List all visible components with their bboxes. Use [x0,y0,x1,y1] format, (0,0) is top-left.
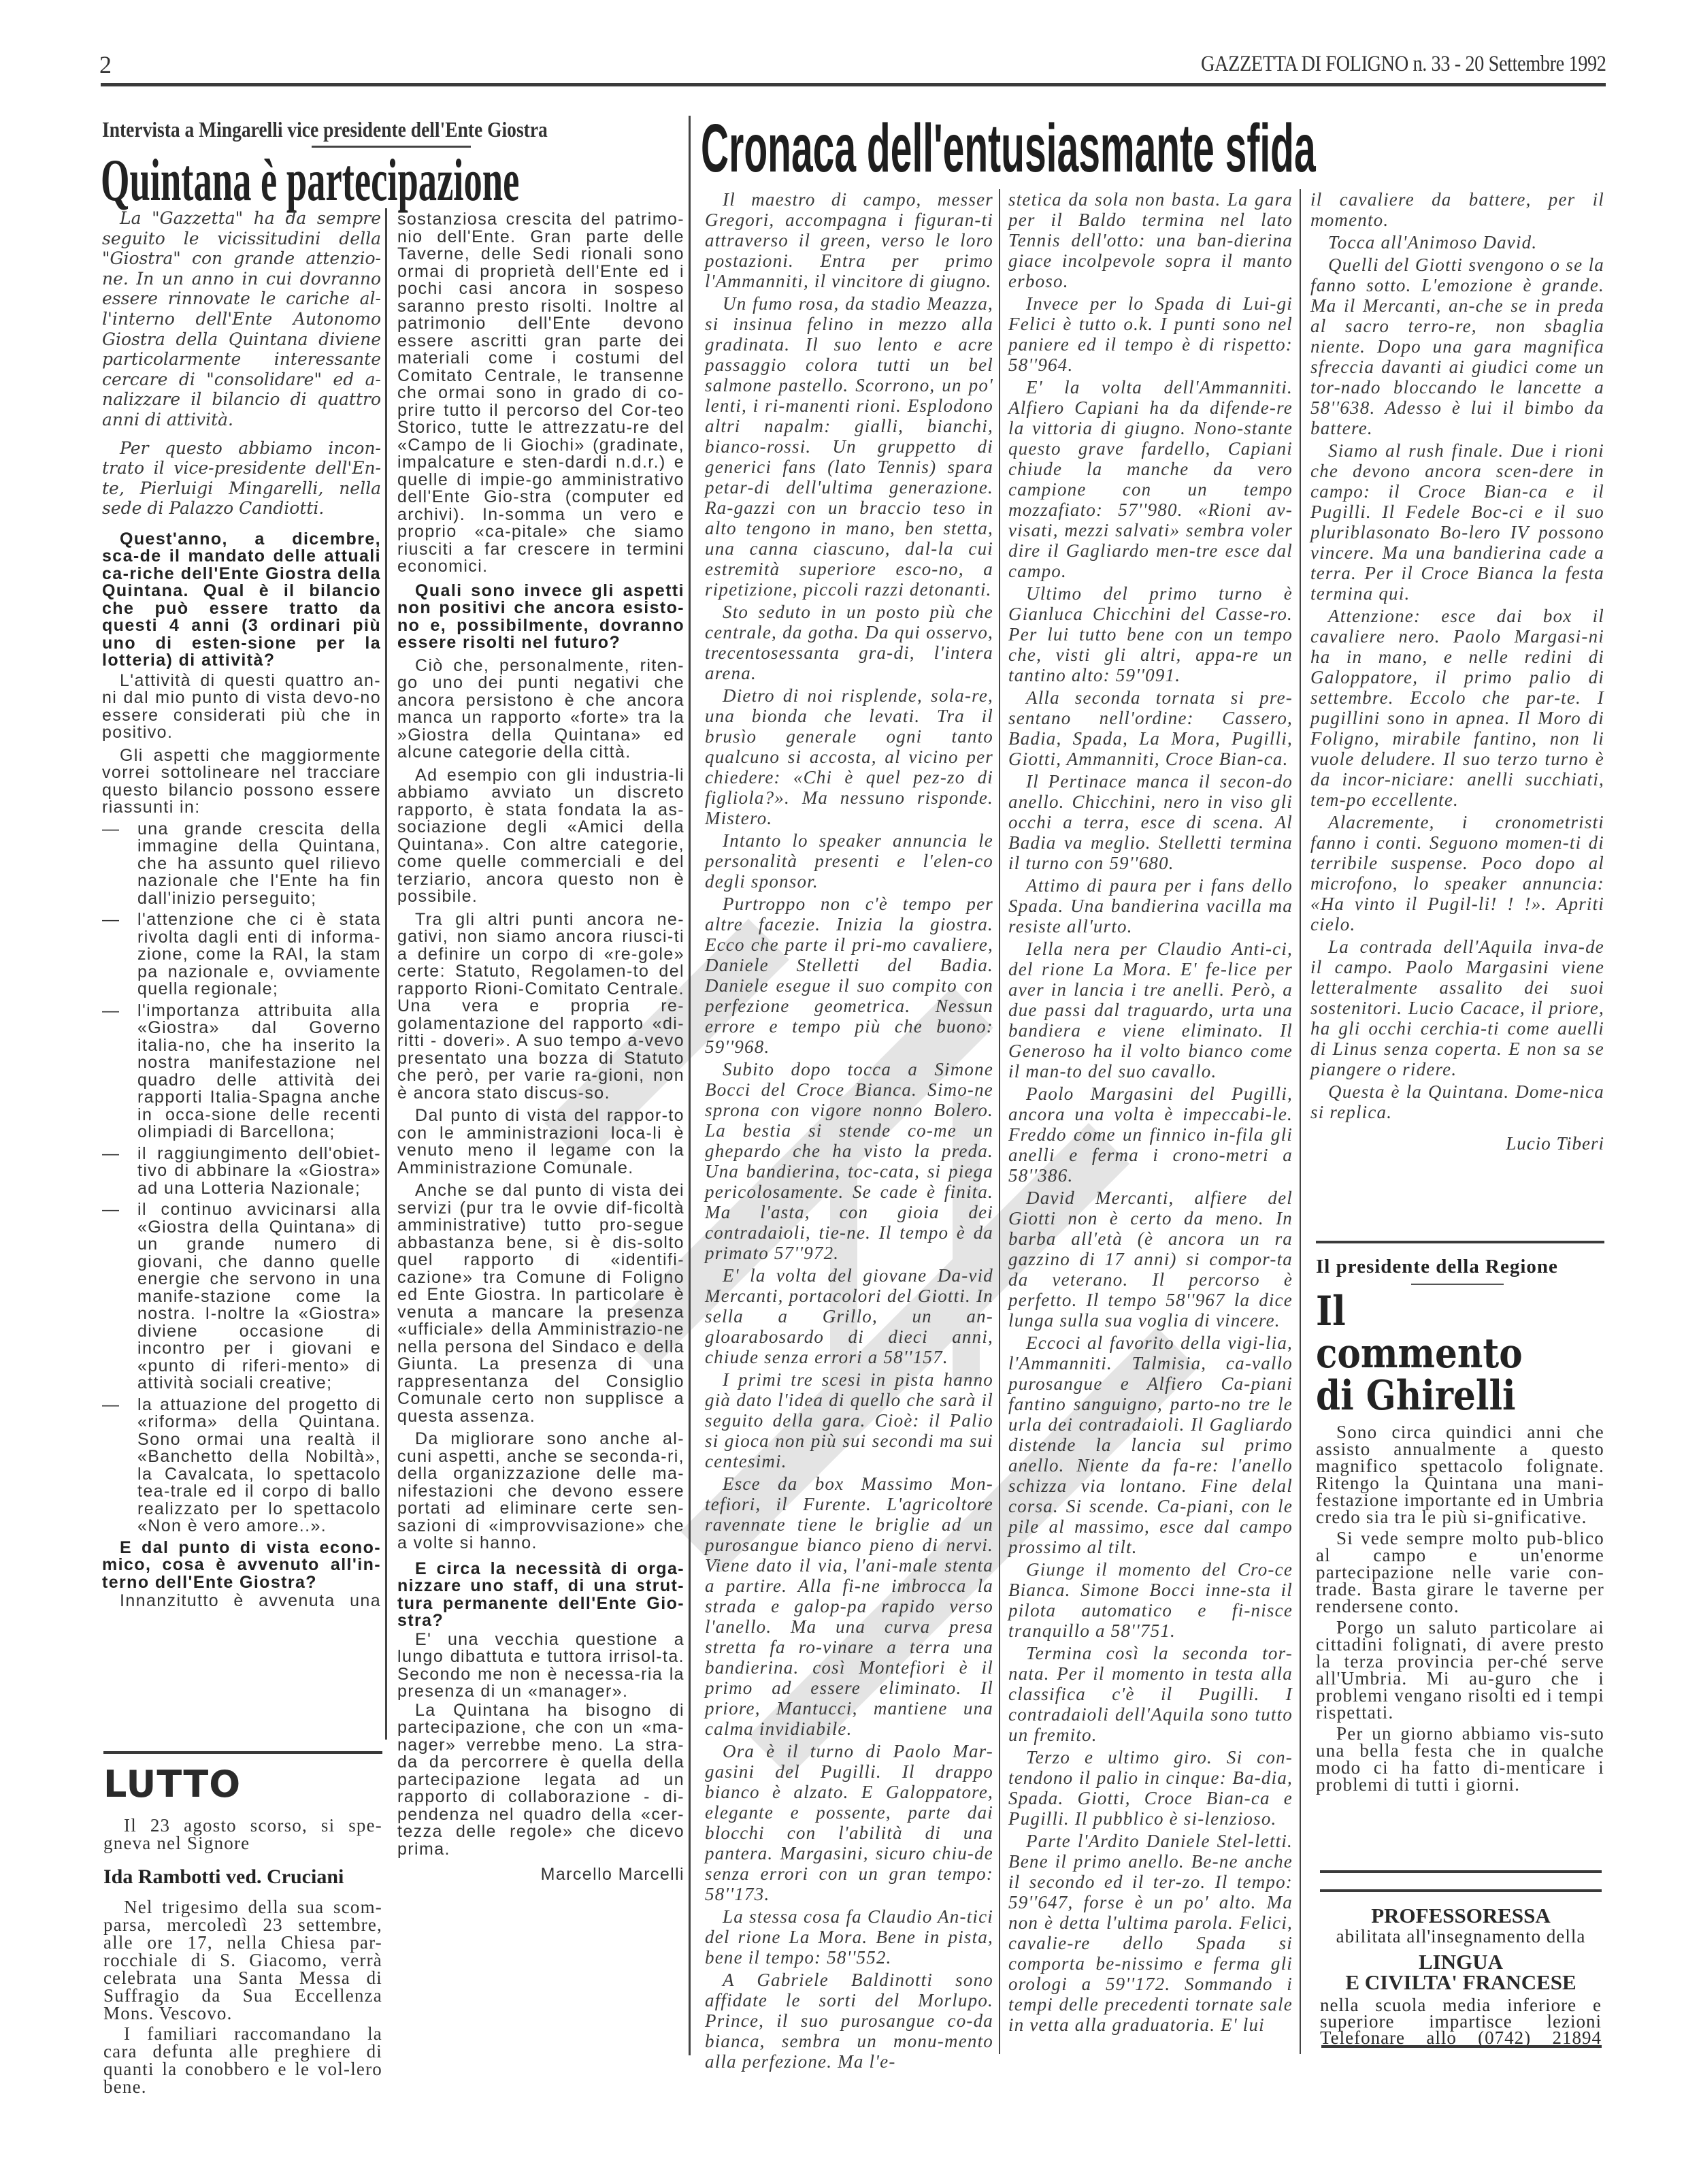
dash-bullet: — [102,1397,137,1535]
interview-kicker: Intervista a Mingarelli vice presidente … [102,117,606,142]
cronaca-paragraph: Sto seduto in un posto più che centrale,… [705,602,993,683]
cronaca-paragraph: Termina così la seconda tor-nata. Per il… [1008,1643,1293,1745]
question: E dal punto di vista econo-mico, cosa è … [102,1539,381,1592]
dash-bullet: — [102,911,137,998]
list-item: —il raggiungimento dell'obiet-tivo di ab… [102,1145,381,1198]
question: E circa la necessità di orga-nizzare uno… [397,1561,684,1630]
ad-subject: E CIVILTA' FRANCESE [1320,1972,1602,1993]
list-item: —il continuo avvicinarsi alla «Giostra d… [102,1201,381,1392]
regione-body: Sono circa quindici anni che assisto ann… [1316,1424,1604,1793]
answer-paragraph: Ciò che, personalmente, riten-go uno dei… [397,657,684,762]
interview-column-2: sostanziosa crescita del patrimo-nio del… [397,211,684,1884]
cronaca-paragraph: Alla seconda tornata si pre-sentano nell… [1008,687,1293,769]
cronaca-headline: Cronaca dell'entusiasmante sfida [701,114,1316,182]
classified-ad: PROFESSORESSA abilitata all'insegnamento… [1320,1906,1602,2046]
interview-headline: Quintana è partecipazione [101,151,519,211]
cronaca-paragraph: Il maestro di campo, messer Gregori, acc… [705,189,993,291]
cronaca-paragraph: Parte l'Ardito Daniele Stel-letti. Bene … [1008,1831,1293,2035]
ad-rule-2 [1320,1889,1602,1892]
cronaca-paragraph: Alacremente, i cronometristi fanno i con… [1310,812,1604,934]
intro-paragraph: Per questo abbiamo incon-trato il vice-p… [102,438,381,519]
column-divider [1300,189,1301,2054]
lutto-body: Nel trigesimo della sua scom-parsa, merc… [103,1898,382,2096]
cronaca-paragraph: Siamo al rush finale. Due i rioni che de… [1310,440,1604,604]
dash-bullet: — [102,1201,137,1392]
deceased-name: Ida Rambotti ved. Cruciani [103,1865,382,1889]
cronaca-paragraph: David Mercanti, alfiere del Giotti non è… [1008,1188,1293,1331]
list-item-text: la attuazione del progetto di «riforma» … [137,1397,381,1535]
regione-kicker-underline [1411,1284,1504,1285]
list-item-text: l'attenzione che ci è stata rivolta dagl… [137,911,381,998]
cronaca-paragraph: E' la volta dell'Ammanniti. Alfiero Capi… [1008,377,1293,581]
answer-paragraph: Anche se dal punto di vista dei servizi … [397,1182,684,1425]
question: Quali sono invece gli aspetti non positi… [397,583,684,652]
lutto-intro: Il 23 agosto scorso, si spe-gneva nel Si… [103,1816,382,1852]
cronaca-paragraph: Ora è il turno di Paolo Mar-gasini del P… [705,1741,993,1904]
cronaca-paragraph: stetica da sola non basta. La gara per i… [1008,189,1293,291]
list-item-text: il raggiungimento dell'obiet-tivo di abb… [137,1145,381,1198]
list-item: —una grande crescita della immagine dell… [102,821,381,908]
lutto-paragraph: Nel trigesimo della sua scom-parsa, merc… [103,1898,382,2022]
regione-top-rule [1316,1241,1604,1243]
answer-paragraph: sostanziosa crescita del patrimo-nio del… [397,211,684,576]
cronaca-column-2: stetica da sola non basta. La gara per i… [1008,189,1293,2035]
cronaca-paragraph: il cavaliere da battere, per il momento. [1310,189,1604,230]
answer-paragraph: Da migliorare sono anche al-cuni aspetti… [397,1431,684,1552]
list-item-text: il continuo avvicinarsi alla «Giostra de… [137,1201,381,1392]
list-item: —la attuazione del progetto di «riforma»… [102,1397,381,1535]
regione-paragraph: Si vede sempre molto pub-blico al campo … [1316,1530,1604,1615]
answer-paragraph: Tra gli altri punti ancora ne-gativi, no… [397,911,684,1103]
cronaca-paragraph: La stessa cosa fa Claudio An-tici del ri… [705,1906,993,1968]
masthead: GAZZETTA DI FOLIGNO n. 33 - 20 Settembre… [1200,52,1606,77]
dash-bullet: — [102,1003,137,1141]
answer-paragraph: La Quintana ha bisogno di partecipazione… [397,1702,684,1859]
cronaca-paragraph: Dietro di noi risplende, sola-re, una bi… [705,685,993,828]
dash-bullet: — [102,1145,137,1198]
ad-line: abilitata all'insegnamento della [1320,1927,1602,1945]
list-item-text: una grande crescita della immagine della… [137,821,381,908]
regione-paragraph: Sono circa quindici anni che assisto ann… [1316,1424,1604,1526]
list-item-text: l'importanza attribuita alla «Giostra» d… [137,1003,381,1141]
regione-headline-line2: di Ghirelli [1316,1375,1564,1417]
answer-paragraph: Innanzitutto è avvenuta una [102,1593,381,1610]
interview-intro: La "Gazzetta" ha da sempre seguito le vi… [102,208,381,519]
cronaca-paragraph: E' la volta del giovane Da-vid Mercanti,… [705,1265,993,1367]
ad-bottom-rule [1321,2045,1602,2048]
cronaca-paragraph: Attimo di paura per i fans dello Spada. … [1008,875,1293,936]
list-item: —l'attenzione che ci è stata rivolta dag… [102,911,381,998]
cronaca-paragraph: Purtroppo non c'è tempo per altre facezi… [705,894,993,1057]
cronaca-paragraph: Invece per lo Spada di Lui-gi Felici è t… [1008,293,1293,375]
answer-paragraph: E' una vecchia questione a lungo dibattu… [397,1631,684,1701]
lutto-paragraph: I familiari raccomandano la cara defunta… [103,2025,382,2096]
regione-kicker: Il presidente della Regione [1316,1256,1604,1278]
cronaca-paragraph: Iella nera per Claudio Anti-ci, del rion… [1008,939,1293,1081]
cronaca-paragraph: Eccoci al favorito della vigi-lia, l'Amm… [1008,1333,1293,1557]
header-rule [101,83,1606,86]
cronaca-paragraph: Attenzione: esce dai box il cavaliere ne… [1310,606,1604,810]
answer-paragraph: Ad esempio con gli industria-li abbiamo … [397,767,684,906]
answer-paragraph: L'attività di questi quattro an-ni dal m… [102,672,381,742]
ad-subject: LINGUA [1320,1952,1602,1972]
list-item: —l'importanza attribuita alla «Giostra» … [102,1003,381,1141]
cronaca-paragraph: Terzo e ultimo giro. Si con-tendono il p… [1008,1747,1293,1829]
regione-headline: Il commento di Ghirelli [1316,1290,1564,1417]
cronaca-paragraph: Il Pertinace manca il secon-do anello. C… [1008,771,1293,873]
cronaca-paragraph: La contrada dell'Aquila inva-de il campo… [1310,936,1604,1079]
cronaca-author: Lucio Tiberi [1310,1133,1604,1154]
cronaca-paragraph: A Gabriele Baldinotti sono affidate le s… [705,1970,993,2072]
ad-phone: Telefonare allo (0742) 21894 [1320,2030,1602,2046]
column-divider [999,189,1000,2054]
answer-paragraph: Dal punto di vista del rappor-to con le … [397,1107,684,1177]
lutto-box: LUTTO Il 23 agosto scorso, si spe-gneva … [103,1763,382,2096]
regione-box: Il presidente della Regione Il commento … [1316,1256,1604,1793]
cronaca-paragraph: Paolo Margasini del Pugilli, ancora una … [1008,1083,1293,1186]
ad-title: PROFESSORESSA [1320,1906,1602,1926]
page-number: 2 [99,50,112,79]
answer-paragraph: Gli aspetti che maggiormente vorrei sott… [102,747,381,817]
cronaca-paragraph: Subito dopo tocca a Simone Bocci del Cro… [705,1059,993,1263]
lutto-top-rule [103,1751,382,1754]
cronaca-paragraph: Ultimo del primo turno è Gianluca Chicch… [1008,583,1293,685]
lutto-title: LUTTO [103,1763,382,1806]
cronaca-paragraph: Tocca all'Animoso David. [1310,232,1604,252]
regione-paragraph: Porgo un saluto particolare ai cittadini… [1316,1619,1604,1721]
dash-bullet: — [102,821,137,908]
regione-paragraph: Per un giorno abbiamo vis-suto una bella… [1316,1725,1604,1793]
section-divider [689,116,691,2055]
question: Quest'anno, a dicembre, sca-de il mandat… [102,531,381,670]
interview-column-1: La "Gazzetta" ha da sempre seguito le vi… [102,208,381,1610]
cronaca-paragraph: Intanto lo speaker annuncia le personali… [705,830,993,892]
cronaca-paragraph: Questa è la Quintana. Dome-nica si repli… [1310,1081,1604,1122]
cronaca-paragraph: Quelli del Giotti svengono o se la fanno… [1310,255,1604,438]
column-divider [385,208,387,1740]
cronaca-paragraph: Esce da box Massimo Mon-tefiori, il Fure… [705,1473,993,1739]
ad-rule-1 [1320,1870,1602,1873]
cronaca-column-3: il cavaliere da battere, per il momento.… [1310,189,1604,1154]
regione-headline-line1: Il commento [1316,1290,1564,1375]
interview-body-1: Quest'anno, a dicembre, sca-de il mandat… [102,531,381,1610]
intro-paragraph: La "Gazzetta" ha da sempre seguito le vi… [102,208,381,430]
interview-author: Marcello Marcelli [397,1866,684,1884]
cronaca-paragraph: Un fumo rosa, da stadio Meazza, si insin… [705,293,993,600]
lutto-intro-block: Il 23 agosto scorso, si spe-gneva nel Si… [103,1816,382,1852]
cronaca-paragraph: I primi tre scesi in pista hanno già dat… [705,1369,993,1471]
cronaca-paragraph: Giunge il momento del Cro-ce Bianca. Sim… [1008,1559,1293,1641]
cronaca-column-1: Il maestro di campo, messer Gregori, acc… [705,189,993,2072]
